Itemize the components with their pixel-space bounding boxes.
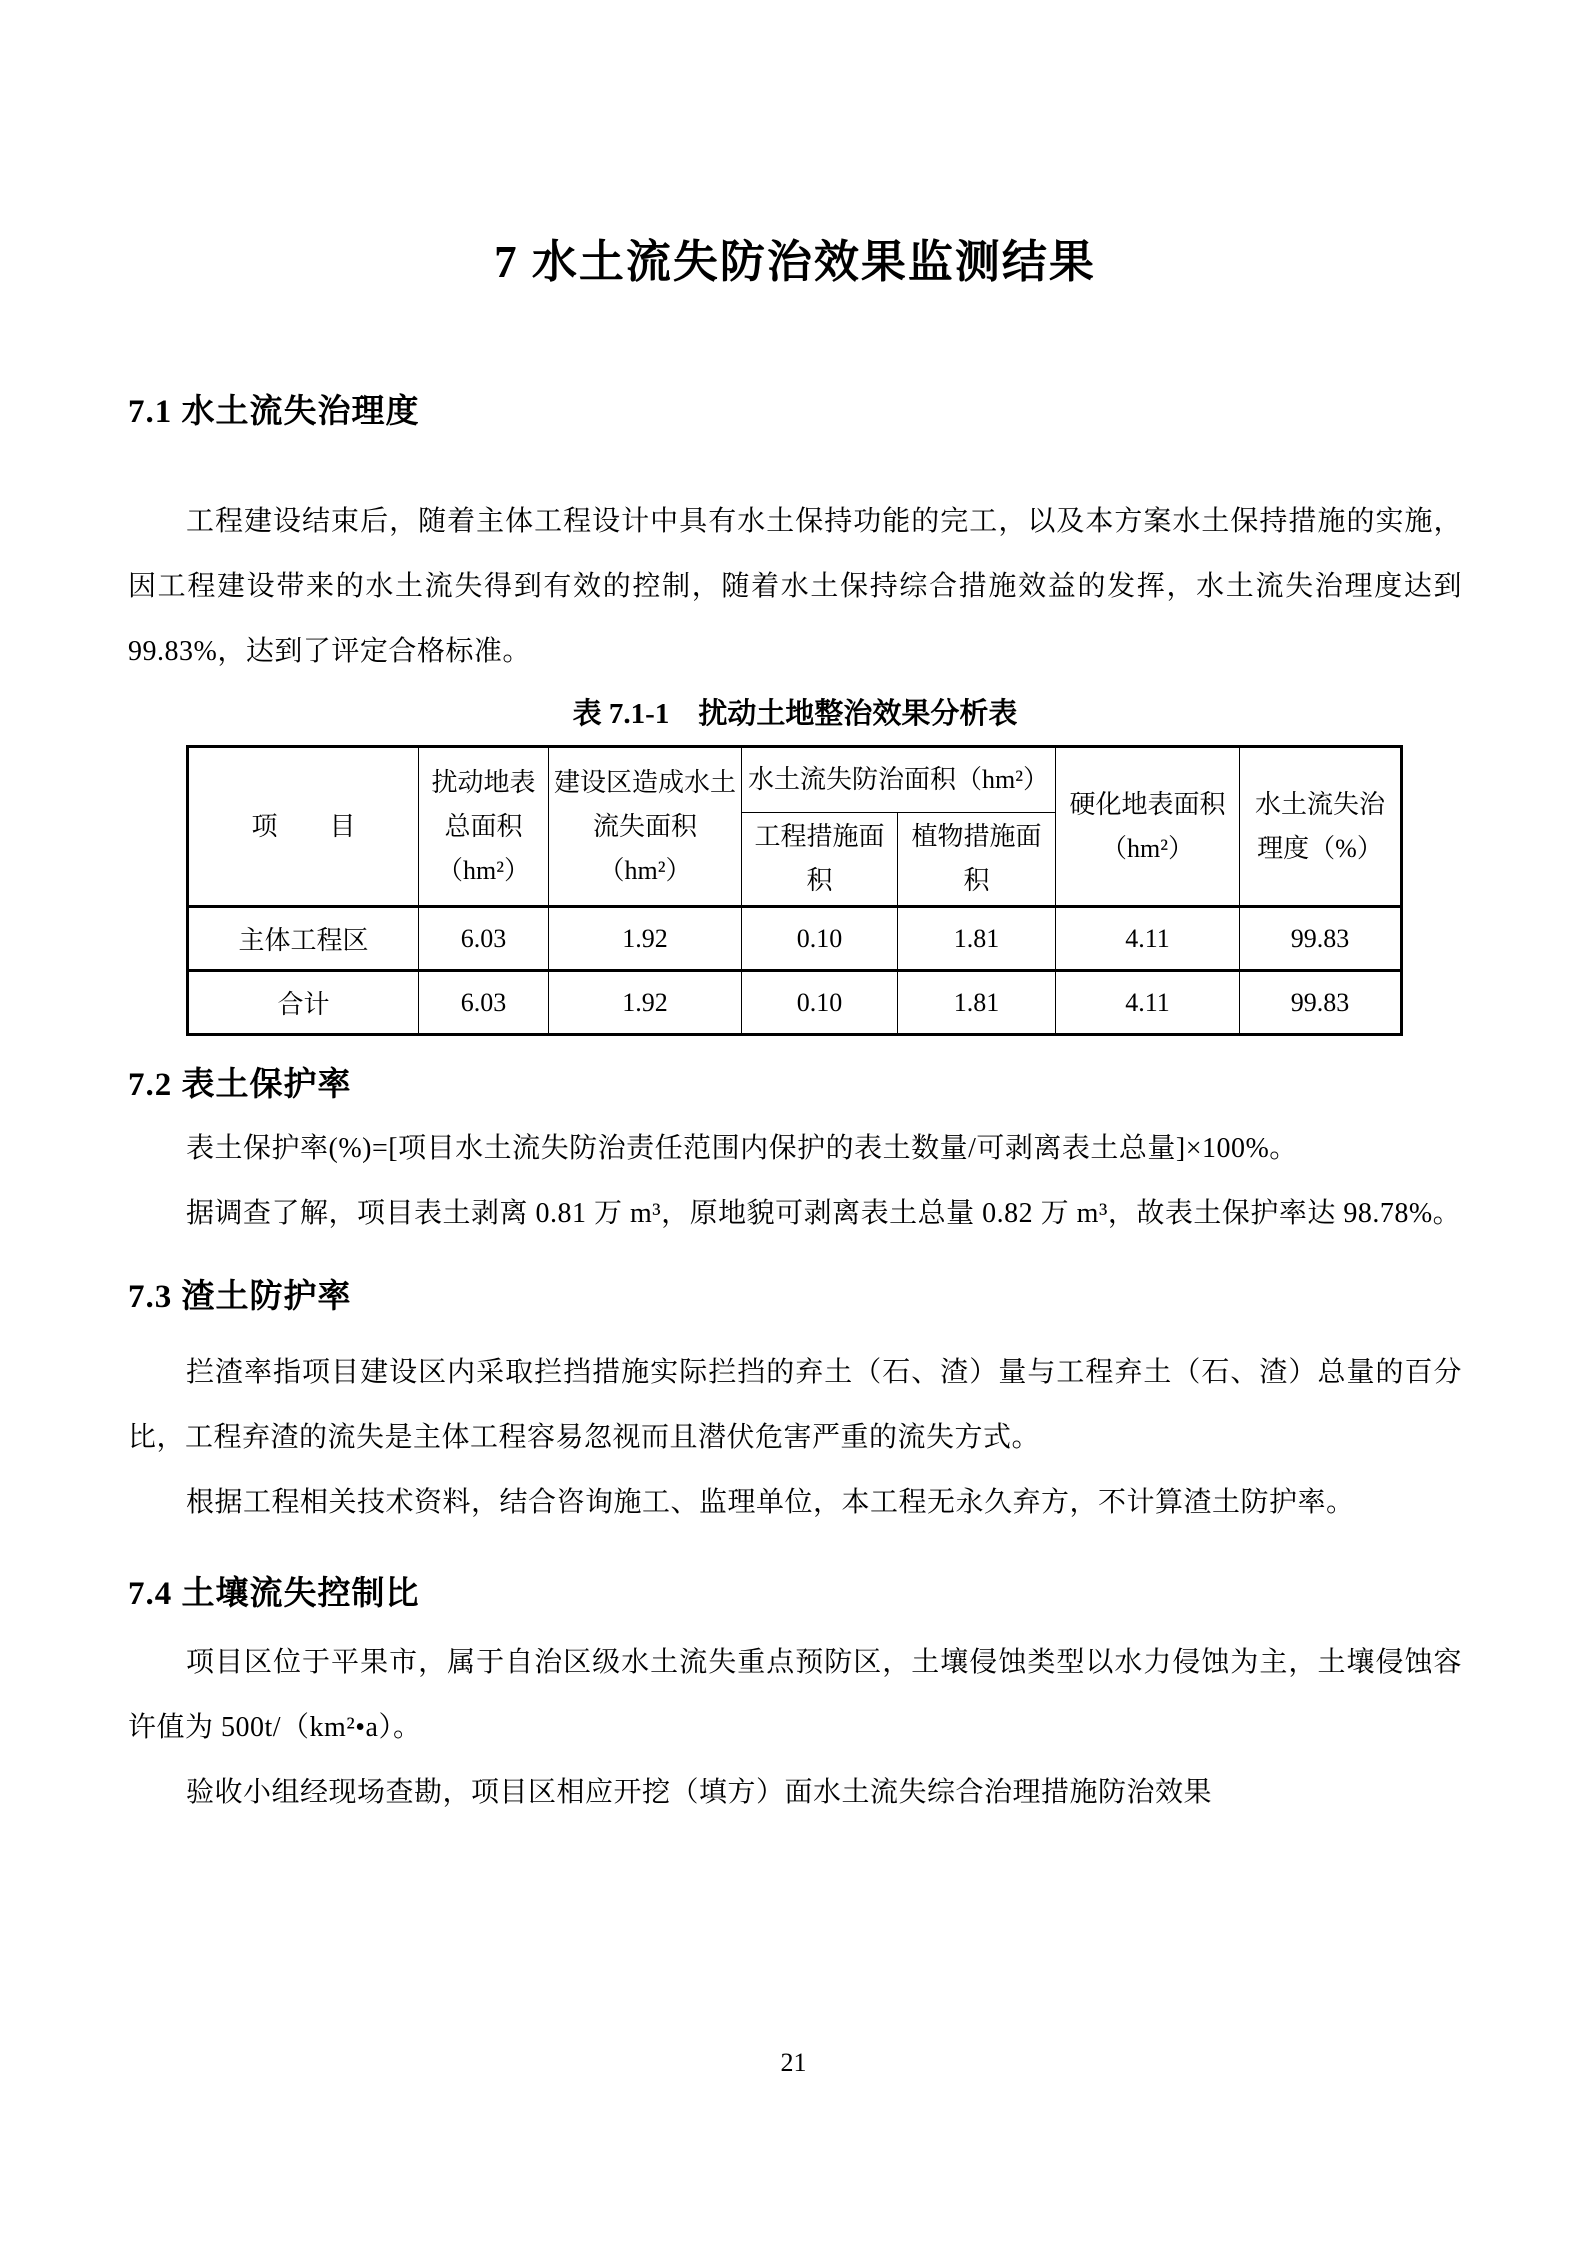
section-7-1-heading: 7.1 水土流失治理度 — [128, 391, 1462, 433]
cell-value: 99.83 — [1240, 907, 1402, 971]
cell-value: 1.81 — [898, 907, 1056, 971]
section-7-2-paragraph-1: 表土保护率(%)=[项目水土流失防治责任范围内保护的表土数量/可剥离表土总量]×… — [128, 1116, 1462, 1181]
page-number: 21 — [0, 2048, 1587, 2078]
cell-value: 1.92 — [549, 971, 742, 1035]
cell-value: 6.03 — [419, 971, 549, 1035]
cell-value: 6.03 — [419, 907, 549, 971]
header-engineering-measures: 工程措施面积 — [742, 813, 898, 907]
land-rehabilitation-table: 项 目 扰动地表总面积（hm²） 建设区造成水土流失面积（hm²） 水土流失防治… — [186, 745, 1403, 1036]
section-7-3-paragraph-2: 根据工程相关技术资料，结合咨询施工、监理单位，本工程无永久弃方，不计算渣土防护率… — [128, 1470, 1462, 1535]
section-7-2-heading: 7.2 表土保护率 — [128, 1064, 1462, 1106]
header-prevention-area: 水土流失防治面积（hm²） — [742, 747, 1056, 813]
section-7-3-heading: 7.3 渣土防护率 — [128, 1276, 1462, 1318]
cell-value: 4.11 — [1056, 971, 1240, 1035]
section-7-2-paragraph-2: 据调查了解，项目表土剥离 0.81 万 m³，原地貌可剥离表土总量 0.82 万… — [128, 1181, 1462, 1246]
cell-value: 0.10 — [742, 971, 898, 1035]
table-header-row-1: 项 目 扰动地表总面积（hm²） 建设区造成水土流失面积（hm²） 水土流失防治… — [188, 747, 1402, 813]
header-plant-measures: 植物措施面积 — [898, 813, 1056, 907]
cell-value: 99.83 — [1240, 971, 1402, 1035]
header-control-degree: 水土流失治理度（%） — [1240, 747, 1402, 907]
header-erosion-area: 建设区造成水土流失面积（hm²） — [549, 747, 742, 907]
header-disturbed-area: 扰动地表总面积（hm²） — [419, 747, 549, 907]
page-title: 7 水土流失防治效果监测结果 — [128, 237, 1462, 287]
header-project: 项 目 — [188, 747, 419, 907]
table-row-total: 合计 6.03 1.92 0.10 1.81 4.11 99.83 — [188, 971, 1402, 1035]
section-7-4-paragraph-2: 验收小组经现场查勘，项目区相应开挖（填方）面水土流失综合治理措施防治效果 — [128, 1760, 1462, 1825]
section-7-4-paragraph-1: 项目区位于平果市，属于自治区级水土流失重点预防区，土壤侵蚀类型以水力侵蚀为主，土… — [128, 1630, 1462, 1760]
page-content: 7 水土流失防治效果监测结果 7.1 水土流失治理度 工程建设结束后，随着主体工… — [128, 0, 1462, 1825]
row-label: 合计 — [188, 971, 419, 1035]
cell-value: 1.81 — [898, 971, 1056, 1035]
table-caption: 表 7.1-1 扰动土地整治效果分析表 — [128, 694, 1462, 734]
section-7-3-paragraph-1: 拦渣率指项目建设区内采取拦挡措施实际拦挡的弃土（石、渣）量与工程弃土（石、渣）总… — [128, 1340, 1462, 1470]
cell-value: 4.11 — [1056, 907, 1240, 971]
section-7-4-heading: 7.4 土壤流失控制比 — [128, 1573, 1462, 1615]
table-row-main-project: 主体工程区 6.03 1.92 0.10 1.81 4.11 99.83 — [188, 907, 1402, 971]
cell-value: 0.10 — [742, 907, 898, 971]
cell-value: 1.92 — [549, 907, 742, 971]
row-label: 主体工程区 — [188, 907, 419, 971]
document-page: 7 水土流失防治效果监测结果 7.1 水土流失治理度 工程建设结束后，随着主体工… — [0, 0, 1587, 2245]
header-hardened-area: 硬化地表面积（hm²） — [1056, 747, 1240, 907]
section-7-1-paragraph-1: 工程建设结束后，随着主体工程设计中具有水土保持功能的完工，以及本方案水土保持措施… — [128, 489, 1462, 684]
